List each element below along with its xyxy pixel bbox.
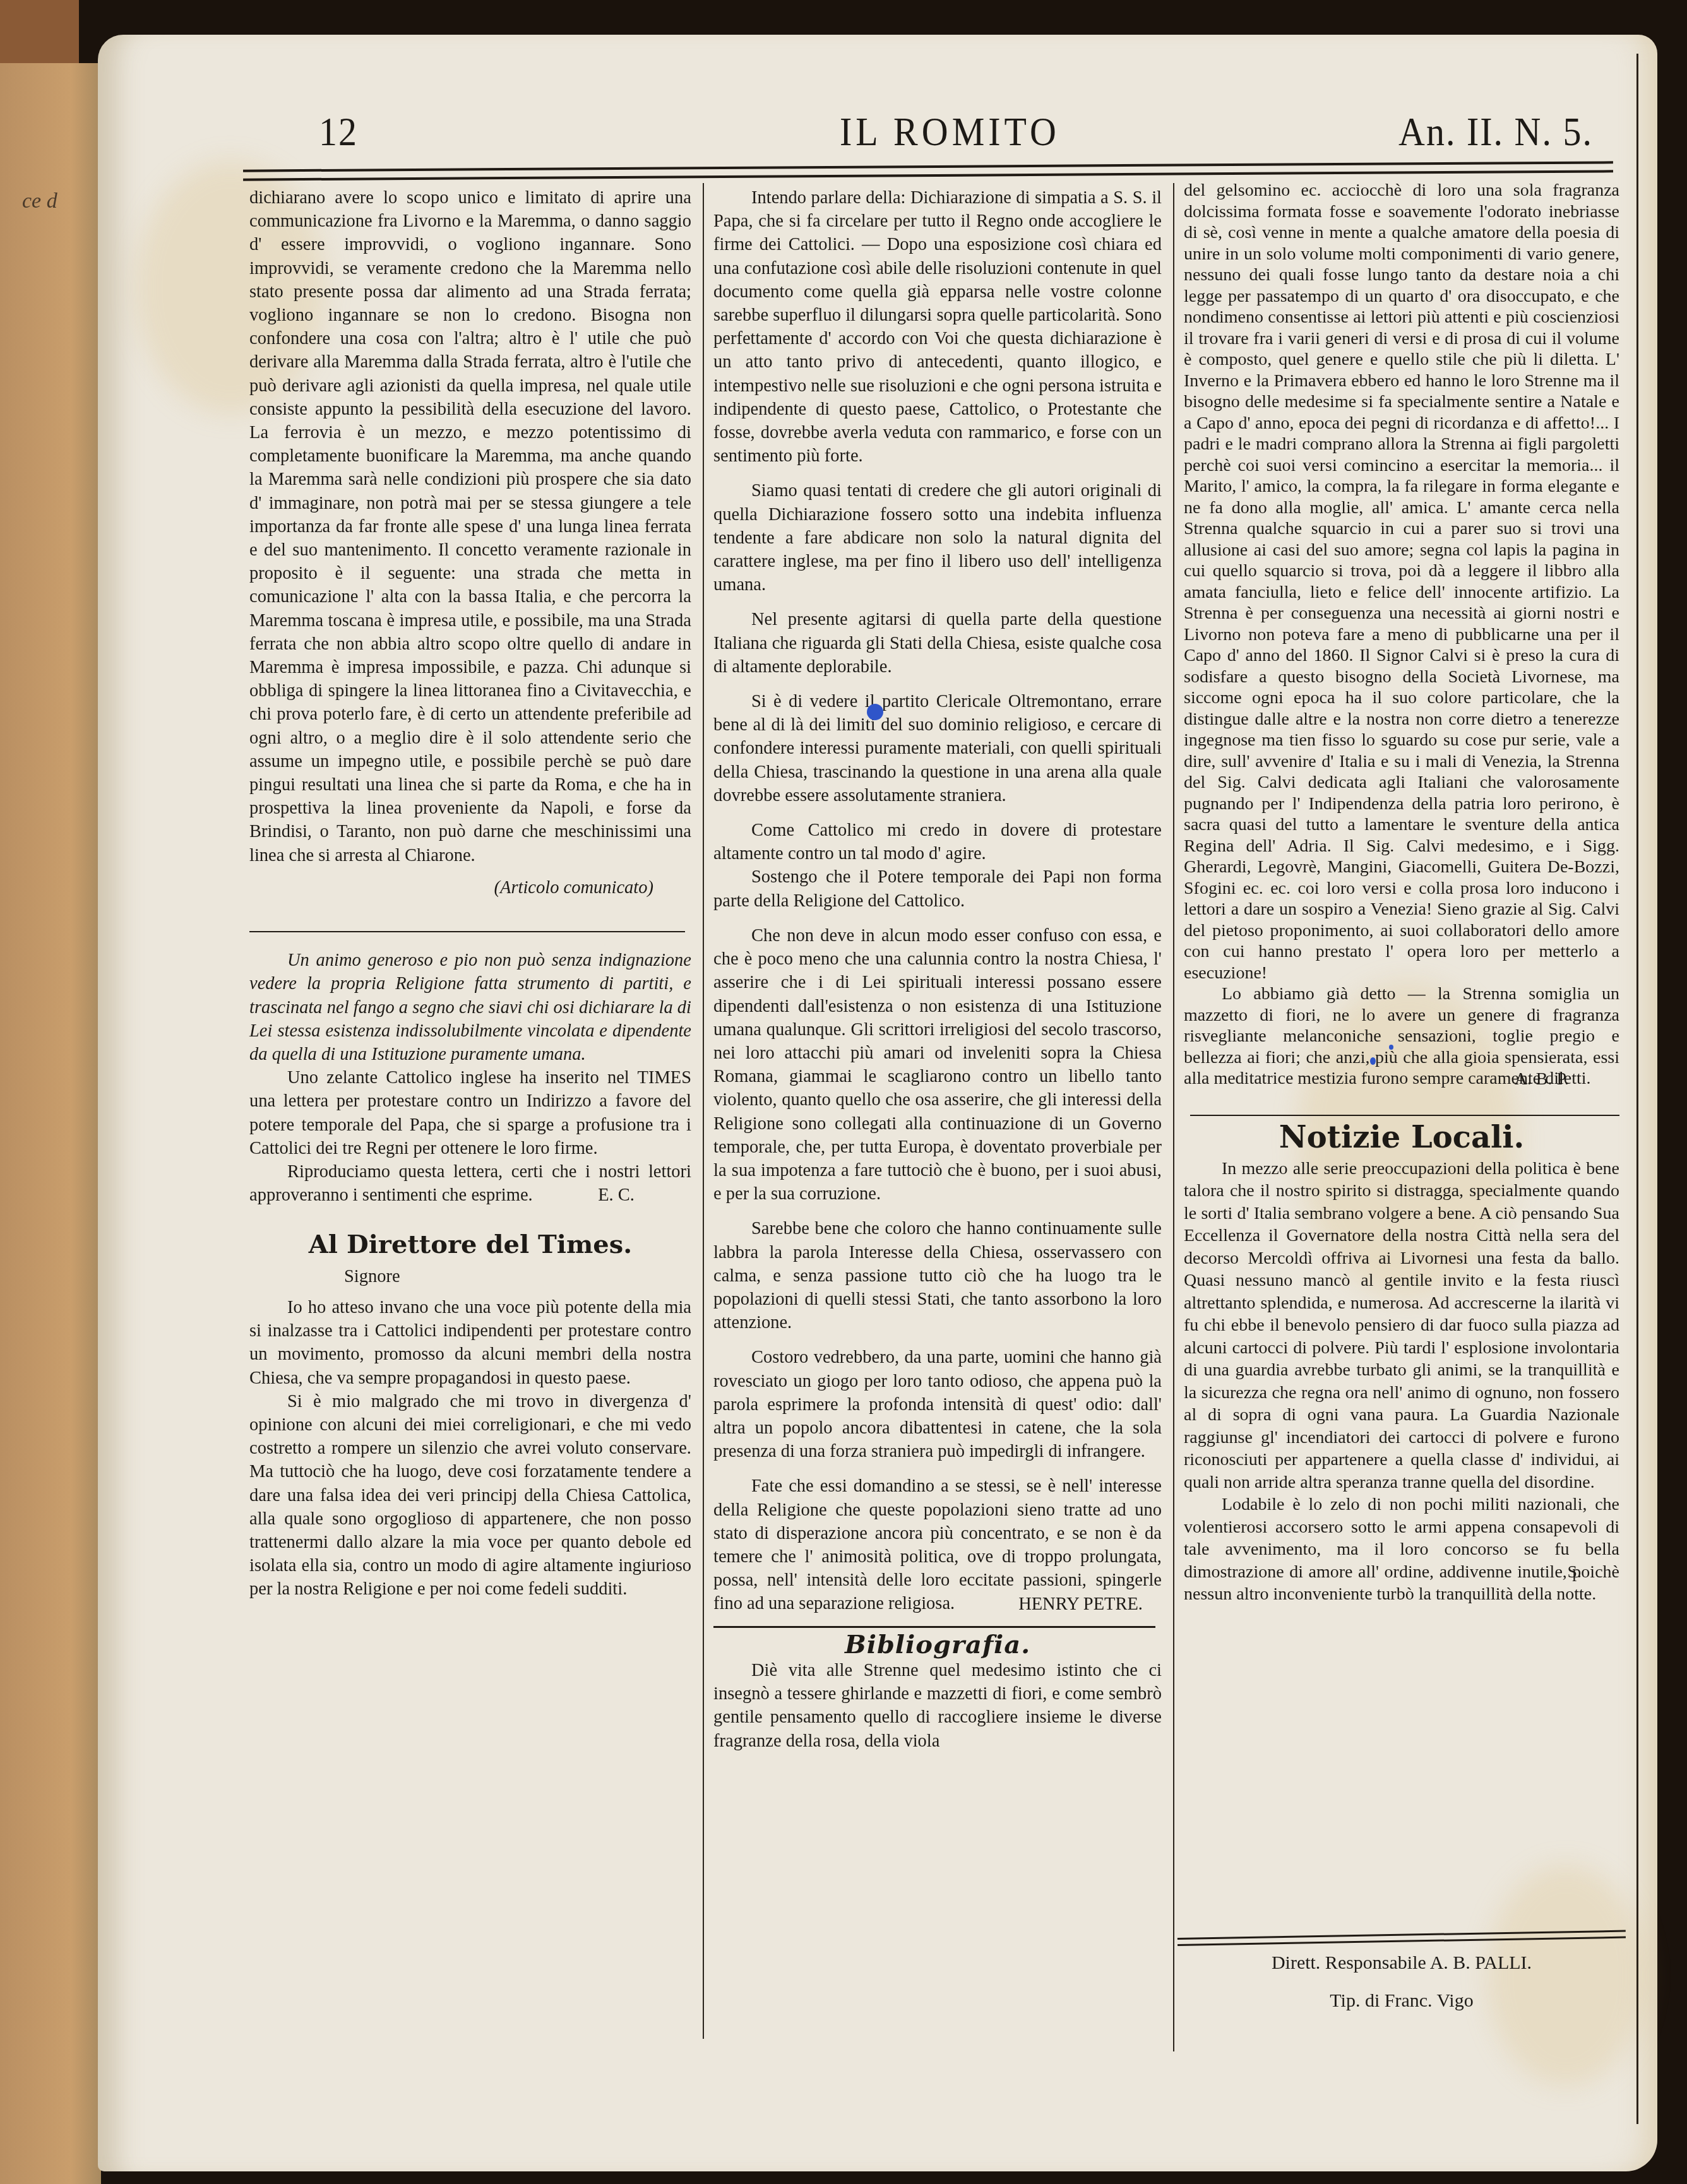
- letter-paragraph: Intendo parlare della: Dichiarazione di …: [713, 186, 1162, 468]
- letter-paragraph: Sarebbe bene che coloro che hanno contin…: [713, 1217, 1162, 1334]
- ink-blot: [1370, 1057, 1376, 1065]
- section-rule: [1190, 1115, 1619, 1116]
- ink-blot: [867, 704, 883, 720]
- letter-paragraph: Come Cattolico mi credo in dovere di pro…: [713, 819, 1162, 865]
- section-rule: [713, 1626, 1155, 1628]
- handwritten-note: ce d: [22, 189, 57, 213]
- letter-paragraph: Io ho atteso invano che una voce più pot…: [249, 1296, 691, 1390]
- column-1: dichiarano avere lo scopo unico e limita…: [249, 186, 691, 1601]
- letter-paragraph: Si è di vedere il partito Clericale Oltr…: [713, 690, 1162, 807]
- article-signature: (Articolo comunicato): [249, 876, 691, 899]
- letter-paragraph: Si è mio malgrado che mi trovo in diverg…: [249, 1390, 691, 1601]
- local-news-paragraph: In mezzo alle serie preoccupazioni della…: [1184, 1158, 1619, 1494]
- letter-heading: Al Direttore del Times.: [249, 1233, 691, 1256]
- intro-paragraph: Un animo generoso e pio non può senza in…: [249, 949, 691, 1066]
- letter-paragraph: Che non deve in alcun modo esser confuso…: [713, 924, 1162, 1206]
- intro-paragraph: Uno zelante Cattolico inglese ha inserit…: [249, 1066, 691, 1160]
- bibliography-heading: Bibliografia.: [713, 1633, 1162, 1656]
- bibliography-paragraph: Diè vita alle Strenne quel medesimo isti…: [713, 1659, 1162, 1753]
- responsible-director: Dirett. Responsabile A. B. PALLI.: [1187, 1944, 1616, 1982]
- book-back-cover: ce d: [0, 63, 101, 2184]
- ink-blot: [1389, 1045, 1393, 1050]
- railway-article-paragraph: dichiarano avere lo scopo unico e limita…: [249, 186, 691, 867]
- issue-number: An. II. N. 5.: [1398, 109, 1593, 155]
- letter-paragraph: Sostengo che il Potere temporale dei Pap…: [713, 865, 1162, 912]
- column-3: del gelsomino ec. acciocchè di loro una …: [1184, 180, 1619, 1582]
- bibliography-paragraph: del gelsomino ec. acciocchè di loro una …: [1184, 180, 1619, 983]
- wood-surface: [0, 0, 79, 63]
- letter-salutation: Signore: [249, 1265, 691, 1288]
- column-2: Intendo parlare della: Dichiarazione di …: [713, 186, 1162, 1753]
- page-number: 12: [319, 109, 358, 155]
- local-news-heading: Notizie Locali.: [1184, 1127, 1619, 1149]
- column-divider-1: [703, 183, 704, 2039]
- column-divider-2: [1173, 183, 1174, 2051]
- section-rule: [249, 931, 685, 932]
- imprint: Dirett. Responsabile A. B. PALLI. Tip. d…: [1187, 1944, 1616, 2020]
- letter-paragraph: Siamo quasi tentati di credere che gli a…: [713, 479, 1162, 596]
- letter-paragraph: Costoro vedrebbero, da una parte, uomini…: [713, 1346, 1162, 1463]
- letter-paragraph: Nel presente agitarsi di quella parte de…: [713, 608, 1162, 679]
- local-news-paragraph: Lodabile è lo zelo di non pochi militi n…: [1184, 1493, 1619, 1606]
- masthead-title: IL ROMITO: [840, 109, 1060, 155]
- printer: Tip. di Franc. Vigo: [1187, 1982, 1616, 2020]
